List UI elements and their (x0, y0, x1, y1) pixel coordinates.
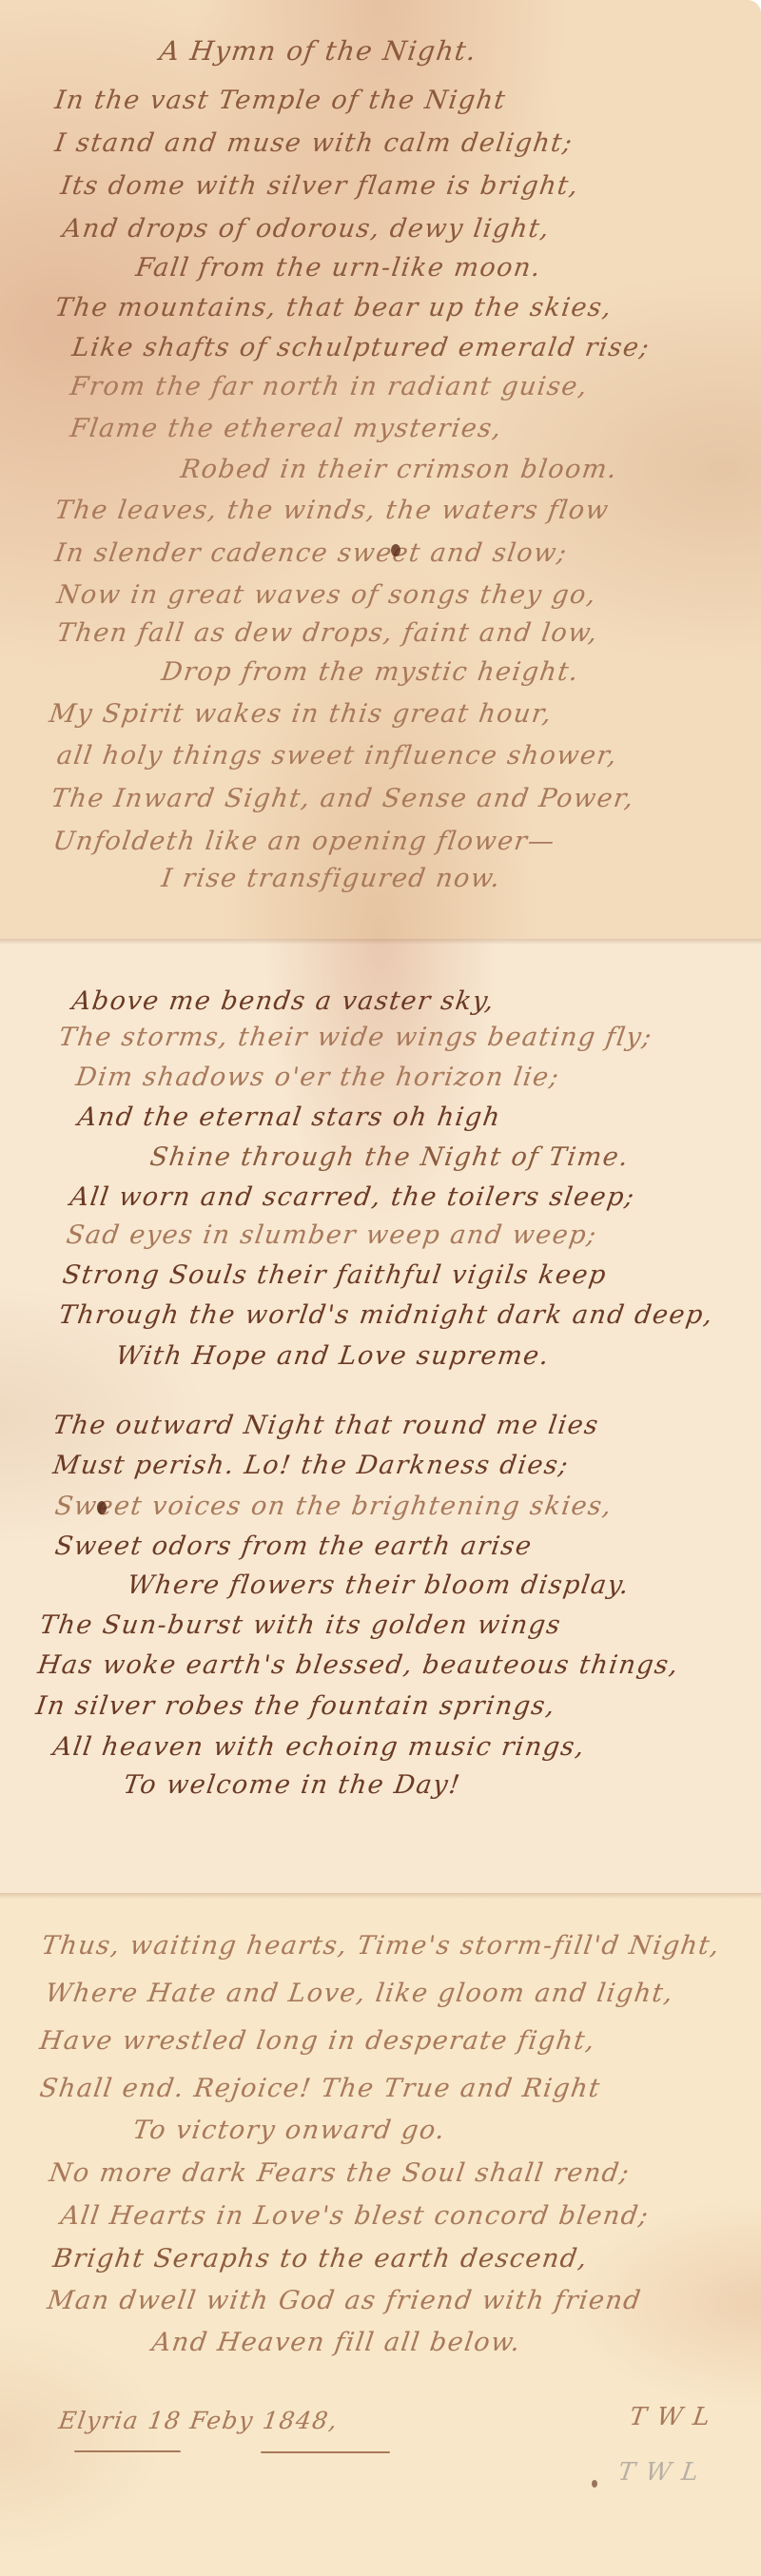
verse-line: All Hearts in Love's blest concord blend… (59, 2203, 651, 2229)
verse-line: Has woke earth's blessed, beauteous thin… (36, 1652, 680, 1678)
verse-line: Above me bends a vaster sky, (70, 988, 497, 1014)
verse-line: all holy things sweet influence shower, (55, 743, 619, 769)
manuscript-page-2: Above me bends a vaster sky, The storms,… (0, 939, 761, 1893)
verse-line: Man dwell with God as friend with friend (46, 2288, 643, 2313)
date-and-place: Elyria 18 Feby 1848, (57, 2409, 340, 2432)
verse-line-indented: Shine through the Night of Time. (148, 1144, 631, 1170)
verse-line: Sweet voices on the brightening skies, (53, 1493, 614, 1519)
ink-blot (97, 1501, 107, 1514)
verse-line: Thus, waiting hearts, Time's storm-fill'… (40, 1933, 722, 1959)
verse-line: In slender cadence sweet and slow; (53, 540, 569, 566)
verse-line-indented: Drop from the mystic height. (160, 659, 581, 685)
verse-line: Its dome with silver flame is bright, (59, 173, 580, 199)
verse-line: All worn and scarred, the toilers sleep; (68, 1184, 636, 1210)
verse-line: The mountains, that bear up the skies, (53, 295, 614, 321)
verse-line: And drops of odorous, dewy light, (61, 216, 552, 242)
ink-blot (391, 544, 400, 556)
verse-line: I stand and muse with calm delight; (53, 130, 575, 156)
verse-line: My Spirit wakes in this great hour, (48, 701, 554, 727)
verse-line: The Sun-burst with its golden wings (38, 1612, 563, 1638)
author-initials-faint: T W L (616, 2460, 701, 2485)
verse-line: Strong Souls their faithful vigils keep (61, 1262, 609, 1288)
manuscript-page-1: A Hymn of the Night. In the vast Temple … (0, 0, 761, 939)
verse-line: All heaven with echoing music rings, (51, 1734, 587, 1760)
verse-line: The outward Night that round me lies (51, 1413, 600, 1438)
verse-line-indented: And Heaven fill all below. (150, 2330, 522, 2355)
ink-spot (592, 2480, 597, 2488)
verse-line: Sad eyes in slumber weep and weep; (65, 1222, 598, 1248)
verse-line: Now in great waves of songs they go, (55, 582, 598, 608)
verse-line-indented: With Hope and Love supreme. (114, 1343, 552, 1369)
verse-line-indented: I rise transfigured now. (160, 866, 502, 891)
poem-title: A Hymn of the Night. (158, 38, 478, 65)
verse-line: Then fall as dew drops, faint and low, (55, 620, 600, 646)
verse-line: Flame the ethereal mysteries, (68, 416, 504, 441)
verse-line: Unfoldeth like an opening flower— (51, 829, 556, 854)
verse-line: From the far north in radiant guise, (68, 374, 590, 400)
verse-line-indented: Robed in their crimson bloom. (179, 457, 619, 482)
verse-line: Sweet odors from the earth arise (53, 1533, 534, 1559)
verse-line: Bright Seraphs to the earth descend, (51, 2246, 590, 2272)
verse-line: And the eternal stars oh high (76, 1104, 502, 1130)
page-fold-shadow (0, 1893, 761, 1899)
verse-line-indented: Where flowers their bloom display. (126, 1572, 632, 1598)
date-underline-left (74, 2450, 181, 2452)
verse-line: The storms, their wide wings beating fly… (57, 1025, 654, 1050)
verse-line: Shall end. Rejoice! The True and Right (38, 2076, 602, 2101)
verse-line: Dim shadows o'er the horizon lie; (74, 1064, 561, 1090)
verse-line: In silver robes the fountain springs, (34, 1693, 557, 1719)
manuscript-page-3: Thus, waiting hearts, Time's storm-fill'… (0, 1893, 761, 2576)
author-initials: T W L (628, 2405, 712, 2430)
verse-line-indented: Fall from the urn-like moon. (134, 255, 543, 281)
verse-line: Must perish. Lo! the Darkness dies; (51, 1453, 571, 1478)
verse-line: Through the world's midnight dark and de… (57, 1302, 715, 1328)
verse-line: No more dark Fears the Soul shall rend; (48, 2160, 632, 2186)
verse-line-indented: To welcome in the Day! (122, 1772, 462, 1798)
verse-line-indented: To victory onward go. (131, 2117, 447, 2143)
verse-line: Where Hate and Love, like gloom and ligh… (44, 1981, 675, 2006)
date-underline-right (261, 2451, 390, 2453)
verse-line: In the vast Temple of the Night (53, 88, 508, 113)
verse-line: Have wrestled long in desperate fight, (38, 2028, 597, 2054)
verse-line: Like shafts of schulptured emerald rise; (70, 335, 652, 361)
verse-line: The leaves, the winds, the waters flow (53, 498, 611, 523)
page-fold-shadow (0, 939, 761, 945)
verse-line: The Inward Sight, and Sense and Power, (49, 786, 636, 811)
